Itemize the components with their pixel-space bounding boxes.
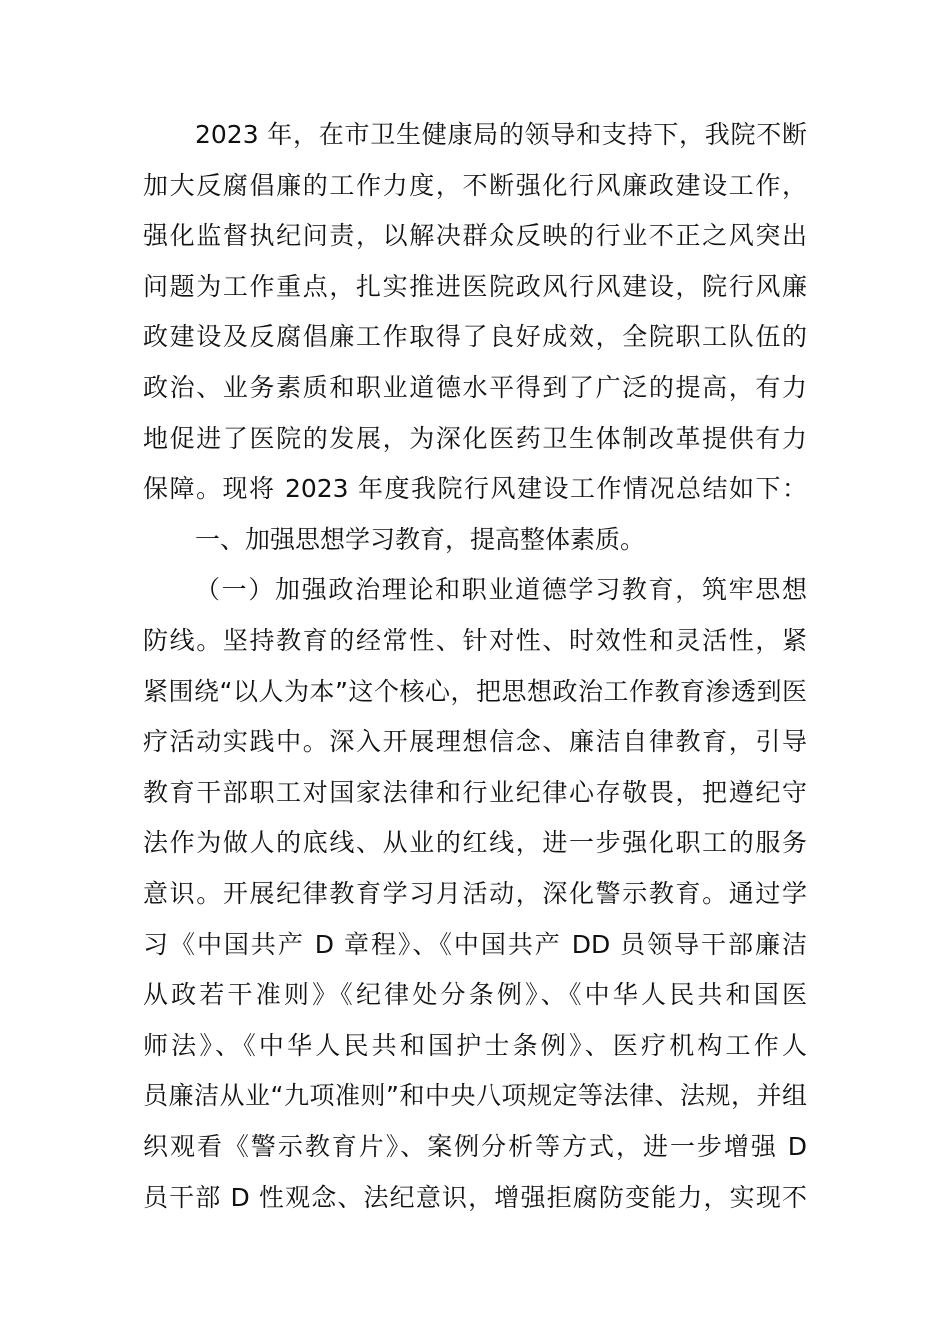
paragraph-line: 疗活动实践中。深入开展理想信念、廉洁自律教育，引导 bbox=[143, 722, 807, 762]
paragraph-line: 强化监督执纪问责，以解决群众反映的行业不正之风突出 bbox=[143, 216, 807, 256]
paragraph-line: 政建设及反腐倡廉工作取得了良好成效，全院职工队伍的 bbox=[143, 317, 807, 357]
paragraph-line: 织观看《警示教育片》、案例分析等方式，进一步增强 D bbox=[143, 1127, 807, 1167]
paragraph-line: 习《中国共产 D 章程》、《中国共产 DD 员领导干部廉洁 bbox=[143, 925, 807, 965]
paragraph-line: 2023 年，在市卫生健康局的领导和支持下，我院不断 bbox=[143, 115, 807, 155]
paragraph-line: 意识。开展纪律教育学习月活动，深化警示教育。通过学 bbox=[143, 874, 807, 914]
paragraph-line: 教育干部职工对国家法律和行业纪律心存敬畏，把遵纪守 bbox=[143, 773, 807, 813]
paragraph-line: 法作为做人的底线、从业的红线，进一步强化职工的服务 bbox=[143, 823, 807, 863]
paragraph-line: 员廉洁从业“九项准则”和中央八项规定等法律、法规，并组 bbox=[143, 1076, 807, 1116]
paragraph-line: 防线。坚持教育的经常性、针对性、时效性和灵活性，紧 bbox=[143, 621, 807, 661]
paragraph-line: 从政若干准则》《纪律处分条例》、《中华人民共和国医 bbox=[143, 975, 807, 1015]
paragraph-line: 员干部 D 性观念、法纪意识，增强拒腐防变能力，实现不 bbox=[143, 1178, 807, 1218]
paragraph-line: 政治、业务素质和职业道德水平得到了广泛的提高，有力 bbox=[143, 368, 807, 408]
paragraph-line: 地促进了医院的发展，为深化医药卫生体制改革提供有力 bbox=[143, 419, 807, 459]
paragraph-line: 问题为工作重点，扎实推进医院政风行风建设，院行风廉 bbox=[143, 267, 807, 307]
paragraph-line: 加大反腐倡廉的工作力度，不断强化行风廉政建设工作， bbox=[143, 166, 807, 206]
paragraph-line: 紧围绕“以人为本”这个核心，把思想政治工作教育渗透到医 bbox=[143, 672, 807, 712]
paragraph-line: 保障。现将 2023 年度我院行风建设工作情况总结如下： bbox=[143, 469, 807, 509]
section-heading: 一、加强思想学习教育，提高整体素质。 bbox=[143, 520, 807, 560]
paragraph-line: 师法》、《中华人民共和国护士条例》、医疗机构工作人 bbox=[143, 1026, 807, 1066]
subsection-heading-line: （一）加强政治理论和职业道德学习教育，筑牢思想 bbox=[143, 570, 807, 610]
document-page: 2023 年，在市卫生健康局的领导和支持下，我院不断 加大反腐倡廉的工作力度，不… bbox=[0, 0, 950, 1344]
